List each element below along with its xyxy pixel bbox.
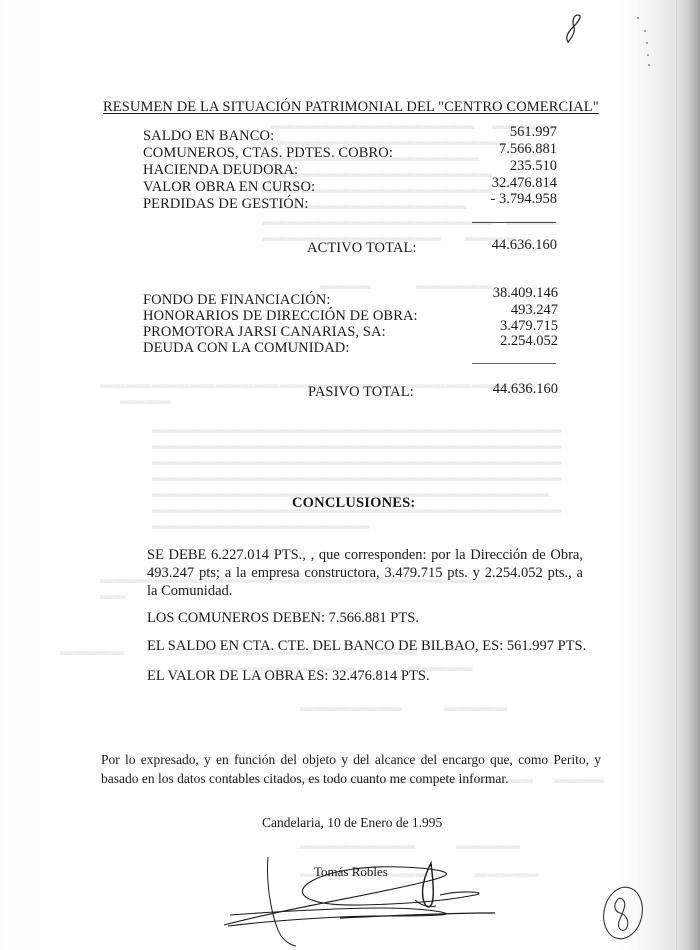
conclusiones-heading: CONCLUSIONES:: [292, 495, 415, 512]
pasivo-sum-rule: [472, 363, 556, 364]
activo-value: 32.476.814: [437, 175, 557, 192]
handwritten-page-number-top: [560, 12, 590, 46]
page-edge-line: [676, 0, 677, 950]
activo-label: PERDIDAS DE GESTIÓN:: [143, 196, 309, 213]
activo-value: 7.566.881: [437, 141, 557, 158]
activo-total-value: 44.636.160: [437, 237, 557, 254]
activo-label: HACIENDA DEUDORA:: [143, 162, 298, 179]
scanned-page: ▬▬▬▬▬▬▬▬▬▬▬▬▬▬▬▬ ▬▬▬▬▬ ▬▬▬▬▬▬▬▬▬▬▬▬▬▬▬▬▬…: [0, 0, 700, 950]
pasivo-value: 38.409.146: [438, 285, 558, 302]
activo-total-label: ACTIVO TOTAL:: [307, 240, 417, 257]
pasivo-label: PROMOTORA JARSI CANARIAS, SA:: [143, 324, 386, 341]
activo-label: COMUNEROS, CTAS. PDTES. COBRO:: [143, 145, 393, 162]
pasivo-value: 493.247: [438, 302, 558, 319]
page-edge-shadow: [678, 0, 700, 950]
conclusion-bank-balance-line: EL SALDO EN CTA. CTE. DEL BANCO DE BILBA…: [147, 638, 586, 655]
activo-value: 235.510: [437, 158, 557, 175]
place-and-date: Candelaria, 10 de Enero de 1.995: [262, 815, 442, 831]
conclusion-comuneros-line: LOS COMUNEROS DEBEN: 7.566.881 PTS.: [147, 610, 419, 627]
activo-value: - 3.794.958: [437, 191, 557, 208]
pasivo-total-label: PASIVO TOTAL:: [308, 384, 414, 401]
activo-sum-rule: [472, 222, 556, 223]
conclusion-work-value-line: EL VALOR DE LA OBRA ES: 32.476.814 PTS.: [147, 668, 430, 685]
pasivo-label: HONORARIOS DE DIRECCIÓN DE OBRA:: [143, 308, 418, 325]
pasivo-total-value: 44.636.160: [438, 381, 558, 398]
circled-page-number: [600, 883, 650, 943]
signature-scribble: [220, 850, 520, 950]
activo-label: SALDO EN BANCO:: [143, 128, 274, 145]
activo-label: VALOR OBRA EN CURSO:: [143, 179, 315, 196]
activo-value: 561.997: [437, 124, 557, 141]
pasivo-label: DEUDA CON LA COMUNIDAD:: [143, 340, 350, 357]
closing-paragraph: Por lo expresado, y en función del objet…: [101, 750, 601, 788]
pasivo-value: 2.254.052: [438, 333, 558, 350]
document-title: RESUMEN DE LA SITUACIÓN PATRIMONIAL DEL …: [103, 99, 599, 116]
conclusion-debt-paragraph: SE DEBE 6.227.014 PTS., , que correspond…: [147, 546, 583, 600]
pasivo-label: FONDO DE FINANCIACIÓN:: [143, 292, 330, 309]
